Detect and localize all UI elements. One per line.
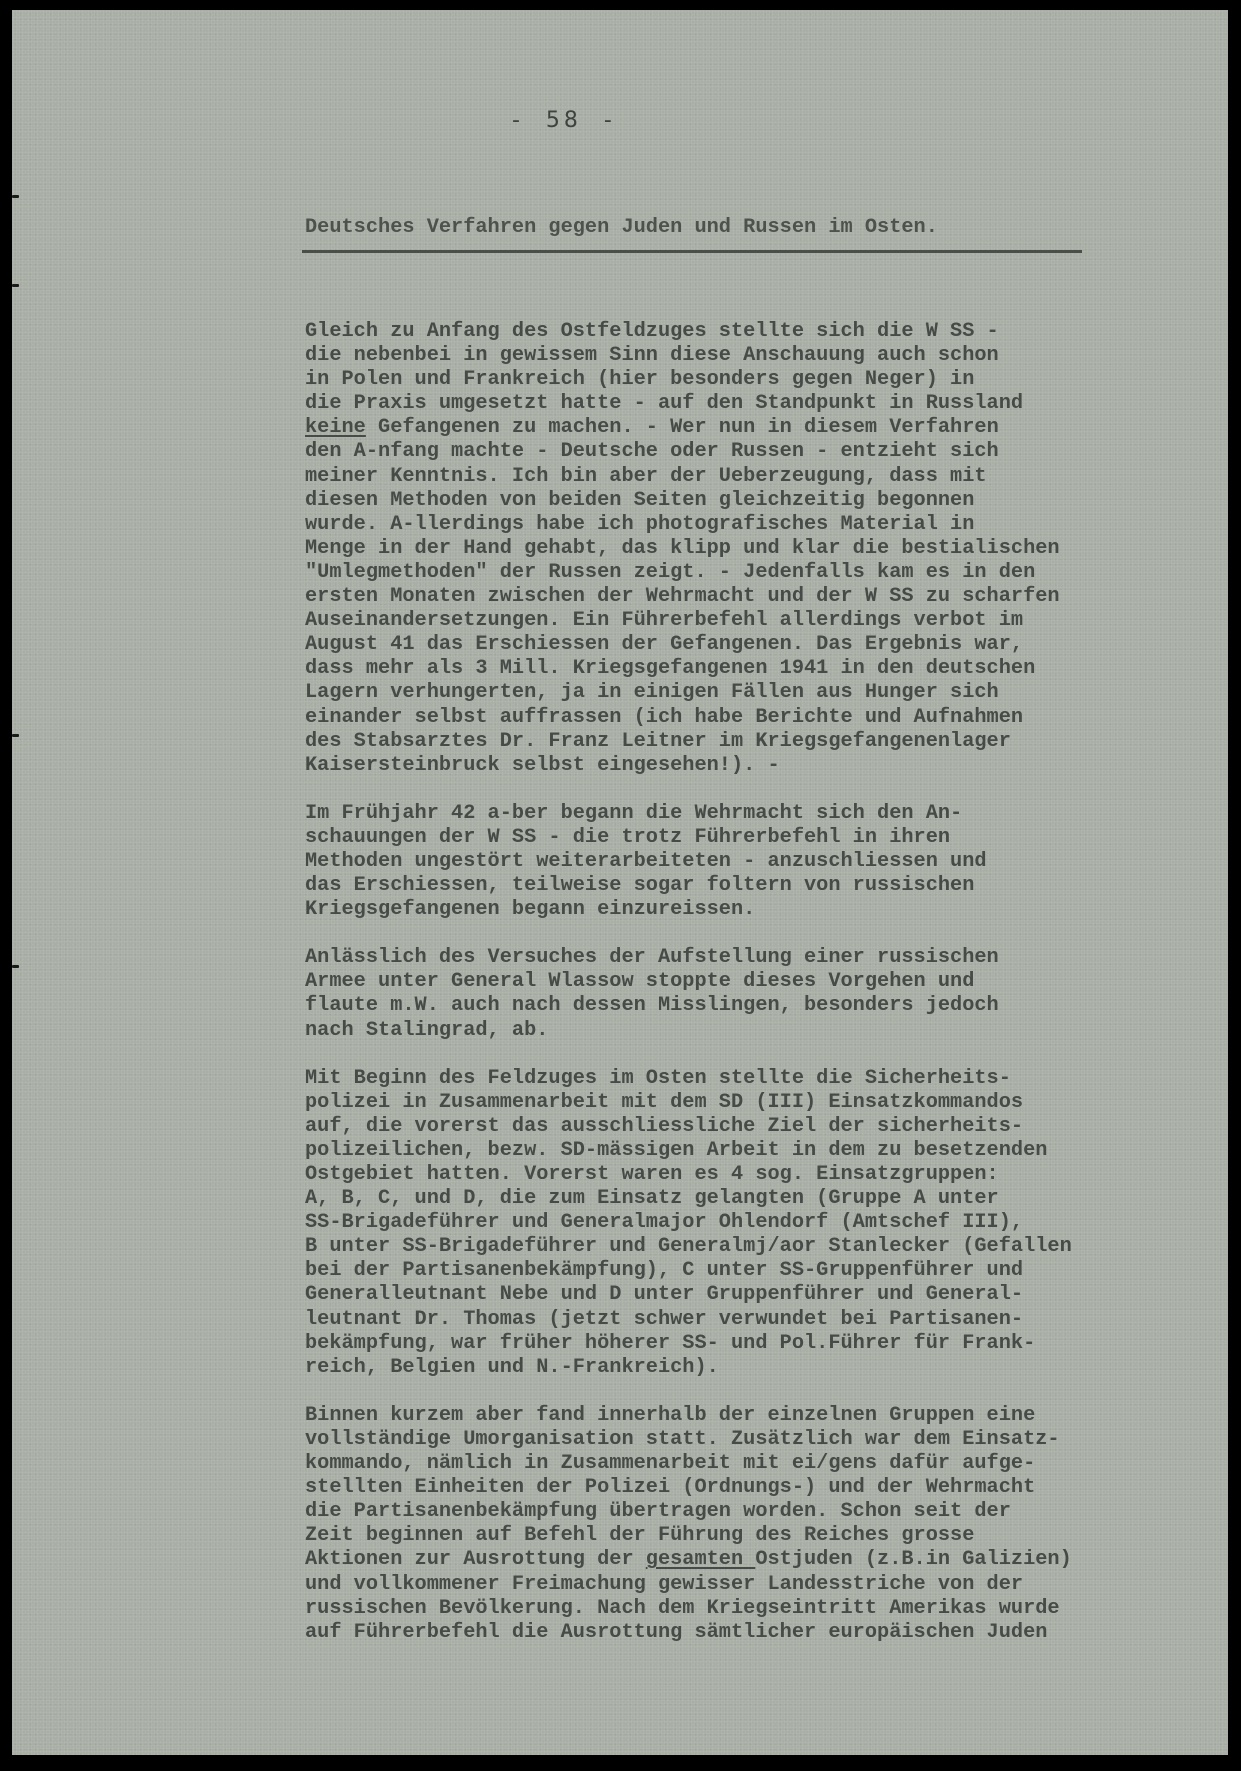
text-line: diesen Methoden von beiden Seiten gleich… (305, 489, 1235, 513)
margin-mark (12, 284, 19, 287)
text-line: russischen Bevölkerung. Nach dem Kriegse… (305, 1597, 1235, 1621)
text-segment: Ostjuden (z.B.in Galizien) (755, 1548, 1071, 1571)
text-line: dass mehr als 3 Mill. Kriegsgefangenen 1… (305, 657, 1235, 681)
text-line: bekämpfung, war früher höherer SS- und P… (305, 1332, 1235, 1356)
text-line: Auseinandersetzungen. Ein Führerbefehl a… (305, 609, 1235, 633)
text-line: reich, Belgien und N.-Frankreich). (305, 1356, 1235, 1380)
text-line: Methoden ungestört weiterarbeiteten - an… (305, 850, 1235, 874)
text-line: auf, die vorerst das ausschliessliche Zi… (305, 1115, 1235, 1139)
paragraph-3: Anlässlich des Versuches der Aufstellung… (305, 946, 1235, 1042)
paragraph-4: Mit Beginn des Feldzuges im Osten stellt… (305, 1067, 1235, 1380)
margin-mark (12, 195, 19, 198)
text-line: einander selbst auffrassen (ich habe Ber… (305, 706, 1235, 730)
paragraph-5: Binnen kurzem aber fand innerhalb der ei… (305, 1404, 1235, 1645)
text-line: polizeilichen, bezw. SD-mässigen Arbeit … (305, 1139, 1235, 1163)
text-line: Kriegsgefangenen begann einzureissen. (305, 898, 1235, 922)
text-line: bei der Partisanenbekämpfung), C unter S… (305, 1259, 1235, 1283)
text-line: meiner Kenntnis. Ich bin aber der Ueberz… (305, 465, 1235, 489)
text-line: Ostgebiet hatten. Vorerst waren es 4 sog… (305, 1163, 1235, 1187)
text-line: keine Gefangenen zu machen. - Wer nun in… (305, 416, 1235, 440)
text-line: kommando, nämlich in Zusammenarbeit mit … (305, 1452, 1235, 1476)
text-line: A, B, C, und D, die zum Einsatz gelangte… (305, 1187, 1235, 1211)
text-line: die nebenbei in gewissem Sinn diese Ansc… (305, 344, 1235, 368)
text-line: SS-Brigadeführer und Generalmajor Ohlend… (305, 1211, 1235, 1235)
document-page: - 58 - Deutsches Verfahren gegen Juden u… (12, 10, 1228, 1755)
margin-mark (12, 734, 19, 737)
text-line: nach Stalingrad, ab. (305, 1019, 1235, 1043)
margin-mark (12, 965, 19, 968)
text-line: vollständige Umorganisation statt. Zusät… (305, 1428, 1235, 1452)
text-line: in Polen und Frankreich (hier besonders … (305, 368, 1235, 392)
title-underline (302, 250, 1082, 253)
text-line: Generalleutnant Nebe und D unter Gruppen… (305, 1283, 1235, 1307)
text-segment: Aktionen zur Ausrottung der (305, 1548, 646, 1571)
text-line: den A-nfang machte - Deutsche oder Russe… (305, 440, 1235, 464)
underlined-word: gesamten (646, 1548, 756, 1571)
text-line: Im Frühjahr 42 a-ber begann die Wehrmach… (305, 802, 1235, 826)
text-line: Anlässlich des Versuches der Aufstellung… (305, 946, 1235, 970)
text-line: ersten Monaten zwischen der Wehrmacht un… (305, 585, 1235, 609)
text-line: Lagern verhungerten, ja in einigen Fälle… (305, 681, 1235, 705)
text-line: Kaisersteinbruck selbst eingesehen!). - (305, 754, 1235, 778)
text-segment: Gefangenen zu machen. - Wer nun in diese… (366, 416, 999, 439)
text-line: schauungen der W SS - die trotz Führerbe… (305, 826, 1235, 850)
text-line: die Partisanenbekämpfung übertragen word… (305, 1500, 1235, 1524)
document-title: Deutsches Verfahren gegen Juden und Russ… (305, 216, 938, 239)
text-line: Aktionen zur Ausrottung der gesamten Ost… (305, 1548, 1235, 1572)
document-body: Gleich zu Anfang des Ostfeldzuges stellt… (305, 320, 1235, 1669)
text-line: auf Führerbefehl die Ausrottung sämtlich… (305, 1621, 1235, 1645)
text-line: die Praxis umgesetzt hatte - auf den Sta… (305, 392, 1235, 416)
text-line: des Stabsarztes Dr. Franz Leitner im Kri… (305, 730, 1235, 754)
text-line: das Erschiessen, teilweise sogar foltern… (305, 874, 1235, 898)
text-line: flaute m.W. auch nach dessen Misslingen,… (305, 994, 1235, 1018)
text-line: wurde. A-llerdings habe ich photografisc… (305, 513, 1235, 537)
text-line: Gleich zu Anfang des Ostfeldzuges stellt… (305, 320, 1235, 344)
text-line: und vollkommener Freimachung gewisser La… (305, 1573, 1235, 1597)
text-line: B unter SS-Brigadeführer und Generalmj/a… (305, 1235, 1235, 1259)
text-line: Menge in der Hand gehabt, das klipp und … (305, 537, 1235, 561)
text-line: stellten Einheiten der Polizei (Ordnungs… (305, 1476, 1235, 1500)
page-number: - 58 - (512, 108, 616, 133)
paragraph-1: Gleich zu Anfang des Ostfeldzuges stellt… (305, 320, 1235, 778)
text-line: Zeit beginnen auf Befehl der Führung des… (305, 1524, 1235, 1548)
text-line: August 41 das Erschiessen der Gefangenen… (305, 633, 1235, 657)
text-line: leutnant Dr. Thomas (jetzt schwer verwun… (305, 1308, 1235, 1332)
underlined-word: keine (305, 416, 366, 439)
paragraph-2: Im Frühjahr 42 a-ber begann die Wehrmach… (305, 802, 1235, 922)
text-line: Binnen kurzem aber fand innerhalb der ei… (305, 1404, 1235, 1428)
text-line: polizei in Zusammenarbeit mit dem SD (II… (305, 1091, 1235, 1115)
text-line: "Umlegmethoden" der Russen zeigt. - Jede… (305, 561, 1235, 585)
text-line: Mit Beginn des Feldzuges im Osten stellt… (305, 1067, 1235, 1091)
text-line: Armee unter General Wlassow stoppte dies… (305, 970, 1235, 994)
